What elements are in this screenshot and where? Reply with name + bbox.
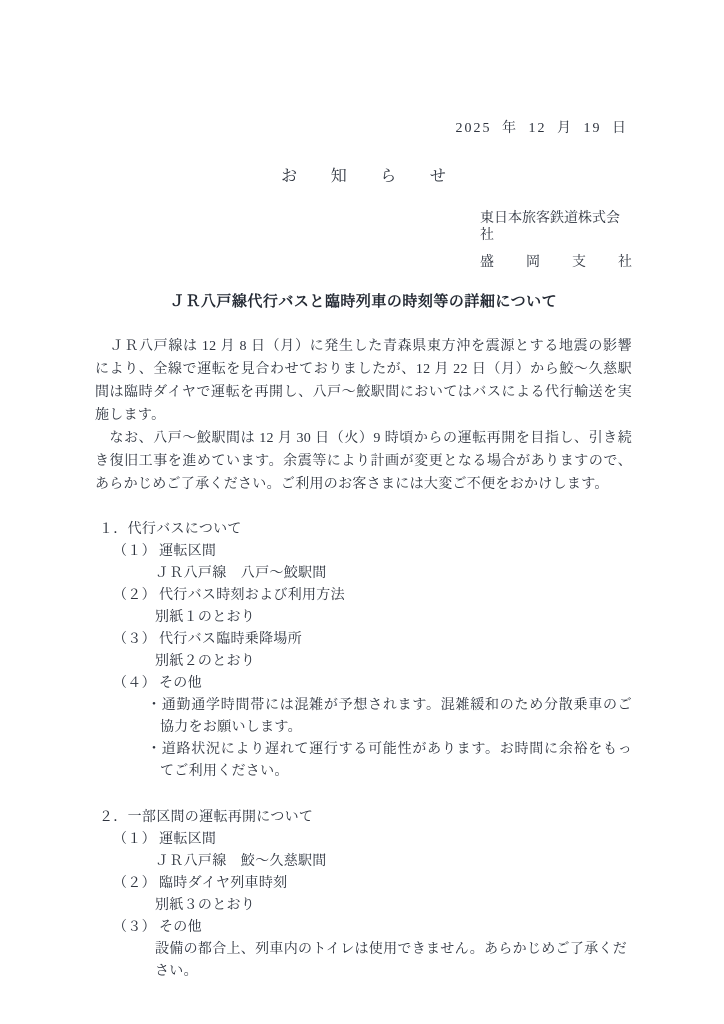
list-item: （２） 臨時ダイヤ列車時刻 (95, 873, 632, 895)
item-detail: 別紙１のとおり (95, 607, 632, 629)
item-title: 代行バス時刻および利用方法 (159, 585, 345, 607)
item-label: （２） (113, 873, 159, 895)
section-substitute-bus: １．代行バスについて （１） 運転区間 ＪＲ八戸線 八戸～鮫駅間 （２） 代行バ… (95, 519, 632, 783)
item-detail: ＪＲ八戸線 八戸～鮫駅間 (95, 563, 632, 585)
item-title: その他 (159, 917, 202, 939)
item-label: （１） (113, 541, 159, 563)
body-paragraph-2: なお、八戸～鮫駅間は 12 月 30 日（火）9 時頃からの運転再開を目指し、引… (95, 427, 632, 496)
item-label: （４） (113, 673, 159, 695)
document-date: 2025 年 12 月 19 日 (95, 120, 632, 138)
branch-name: 盛岡支社 (480, 254, 632, 271)
section-2-heading: ２．一部区間の運転再開について (95, 807, 632, 829)
body-paragraph-1: ＪＲ八戸線は 12 月 8 日（月）に発生した青森県東方沖を震源とする地震の影響… (95, 335, 632, 427)
issuer-block: 東日本旅客鉄道株式会社 盛岡支社 (480, 210, 632, 271)
list-item: （１） 運転区間 (95, 541, 632, 563)
company-name: 東日本旅客鉄道株式会社 (480, 210, 632, 244)
notice-title: お 知 ら せ (95, 167, 632, 187)
item-detail: 別紙２のとおり (95, 651, 632, 673)
bullet-item: ・道路状況により遅れて運行する可能性があります。お時間に余裕をもってご利用くださ… (95, 739, 632, 783)
bullet-item: ・通勤通学時間帯には混雑が予想されます。混雑緩和のため分散乗車のご協力をお願いし… (95, 695, 632, 739)
item-detail: ＪＲ八戸線 鮫～久慈駅間 (95, 851, 632, 873)
item-title: 代行バス臨時乗降場所 (159, 629, 302, 651)
list-item: （１） 運転区間 (95, 829, 632, 851)
item-title: 運転区間 (159, 541, 216, 563)
item-title: その他 (159, 673, 202, 695)
section-1-heading: １．代行バスについて (95, 519, 632, 541)
list-item: （３） その他 (95, 917, 632, 939)
section-partial-resumption: ２．一部区間の運転再開について （１） 運転区間 ＪＲ八戸線 鮫～久慈駅間 （２… (95, 807, 632, 983)
list-item: （３） 代行バス臨時乗降場所 (95, 629, 632, 651)
item-label: （３） (113, 917, 159, 939)
item-label: （１） (113, 829, 159, 851)
item-detail: 設備の都合上、列車内のトイレは使用できません。あらかじめご了承ください。 (95, 939, 632, 983)
document-body: ＪＲ八戸線は 12 月 8 日（月）に発生した青森県東方沖を震源とする地震の影響… (95, 335, 632, 496)
document-subject: ＪＲ八戸線代行バスと臨時列車の時刻等の詳細について (95, 292, 632, 312)
list-item: （２） 代行バス時刻および利用方法 (95, 585, 632, 607)
item-label: （２） (113, 585, 159, 607)
notice-document-page: 2025 年 12 月 19 日 お 知 ら せ 東日本旅客鉄道株式会社 盛岡支… (0, 0, 724, 1024)
item-title: 運転区間 (159, 829, 216, 851)
list-item: （４） その他 (95, 673, 632, 695)
item-detail: 別紙３のとおり (95, 895, 632, 917)
item-title: 臨時ダイヤ列車時刻 (159, 873, 287, 895)
item-label: （３） (113, 629, 159, 651)
